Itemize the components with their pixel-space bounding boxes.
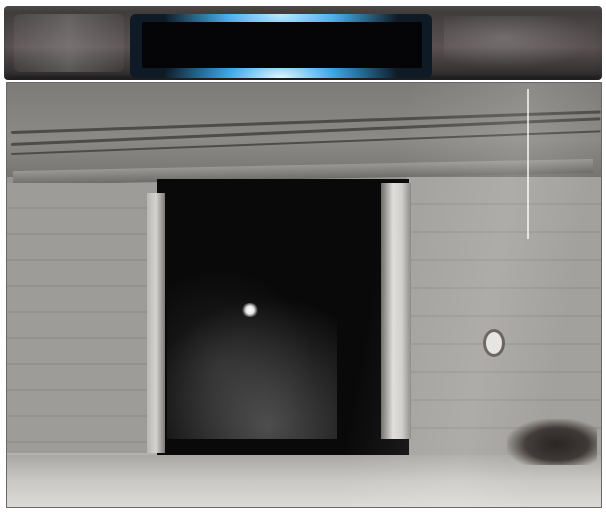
blue-light-panel bbox=[130, 14, 432, 78]
photograph bbox=[6, 82, 602, 508]
plastic-sheen bbox=[7, 83, 601, 507]
dark-plastic-bar bbox=[4, 6, 602, 80]
bar-sheen-right bbox=[444, 16, 594, 70]
black-panel bbox=[142, 22, 422, 68]
bar-sheen-left bbox=[14, 14, 124, 72]
